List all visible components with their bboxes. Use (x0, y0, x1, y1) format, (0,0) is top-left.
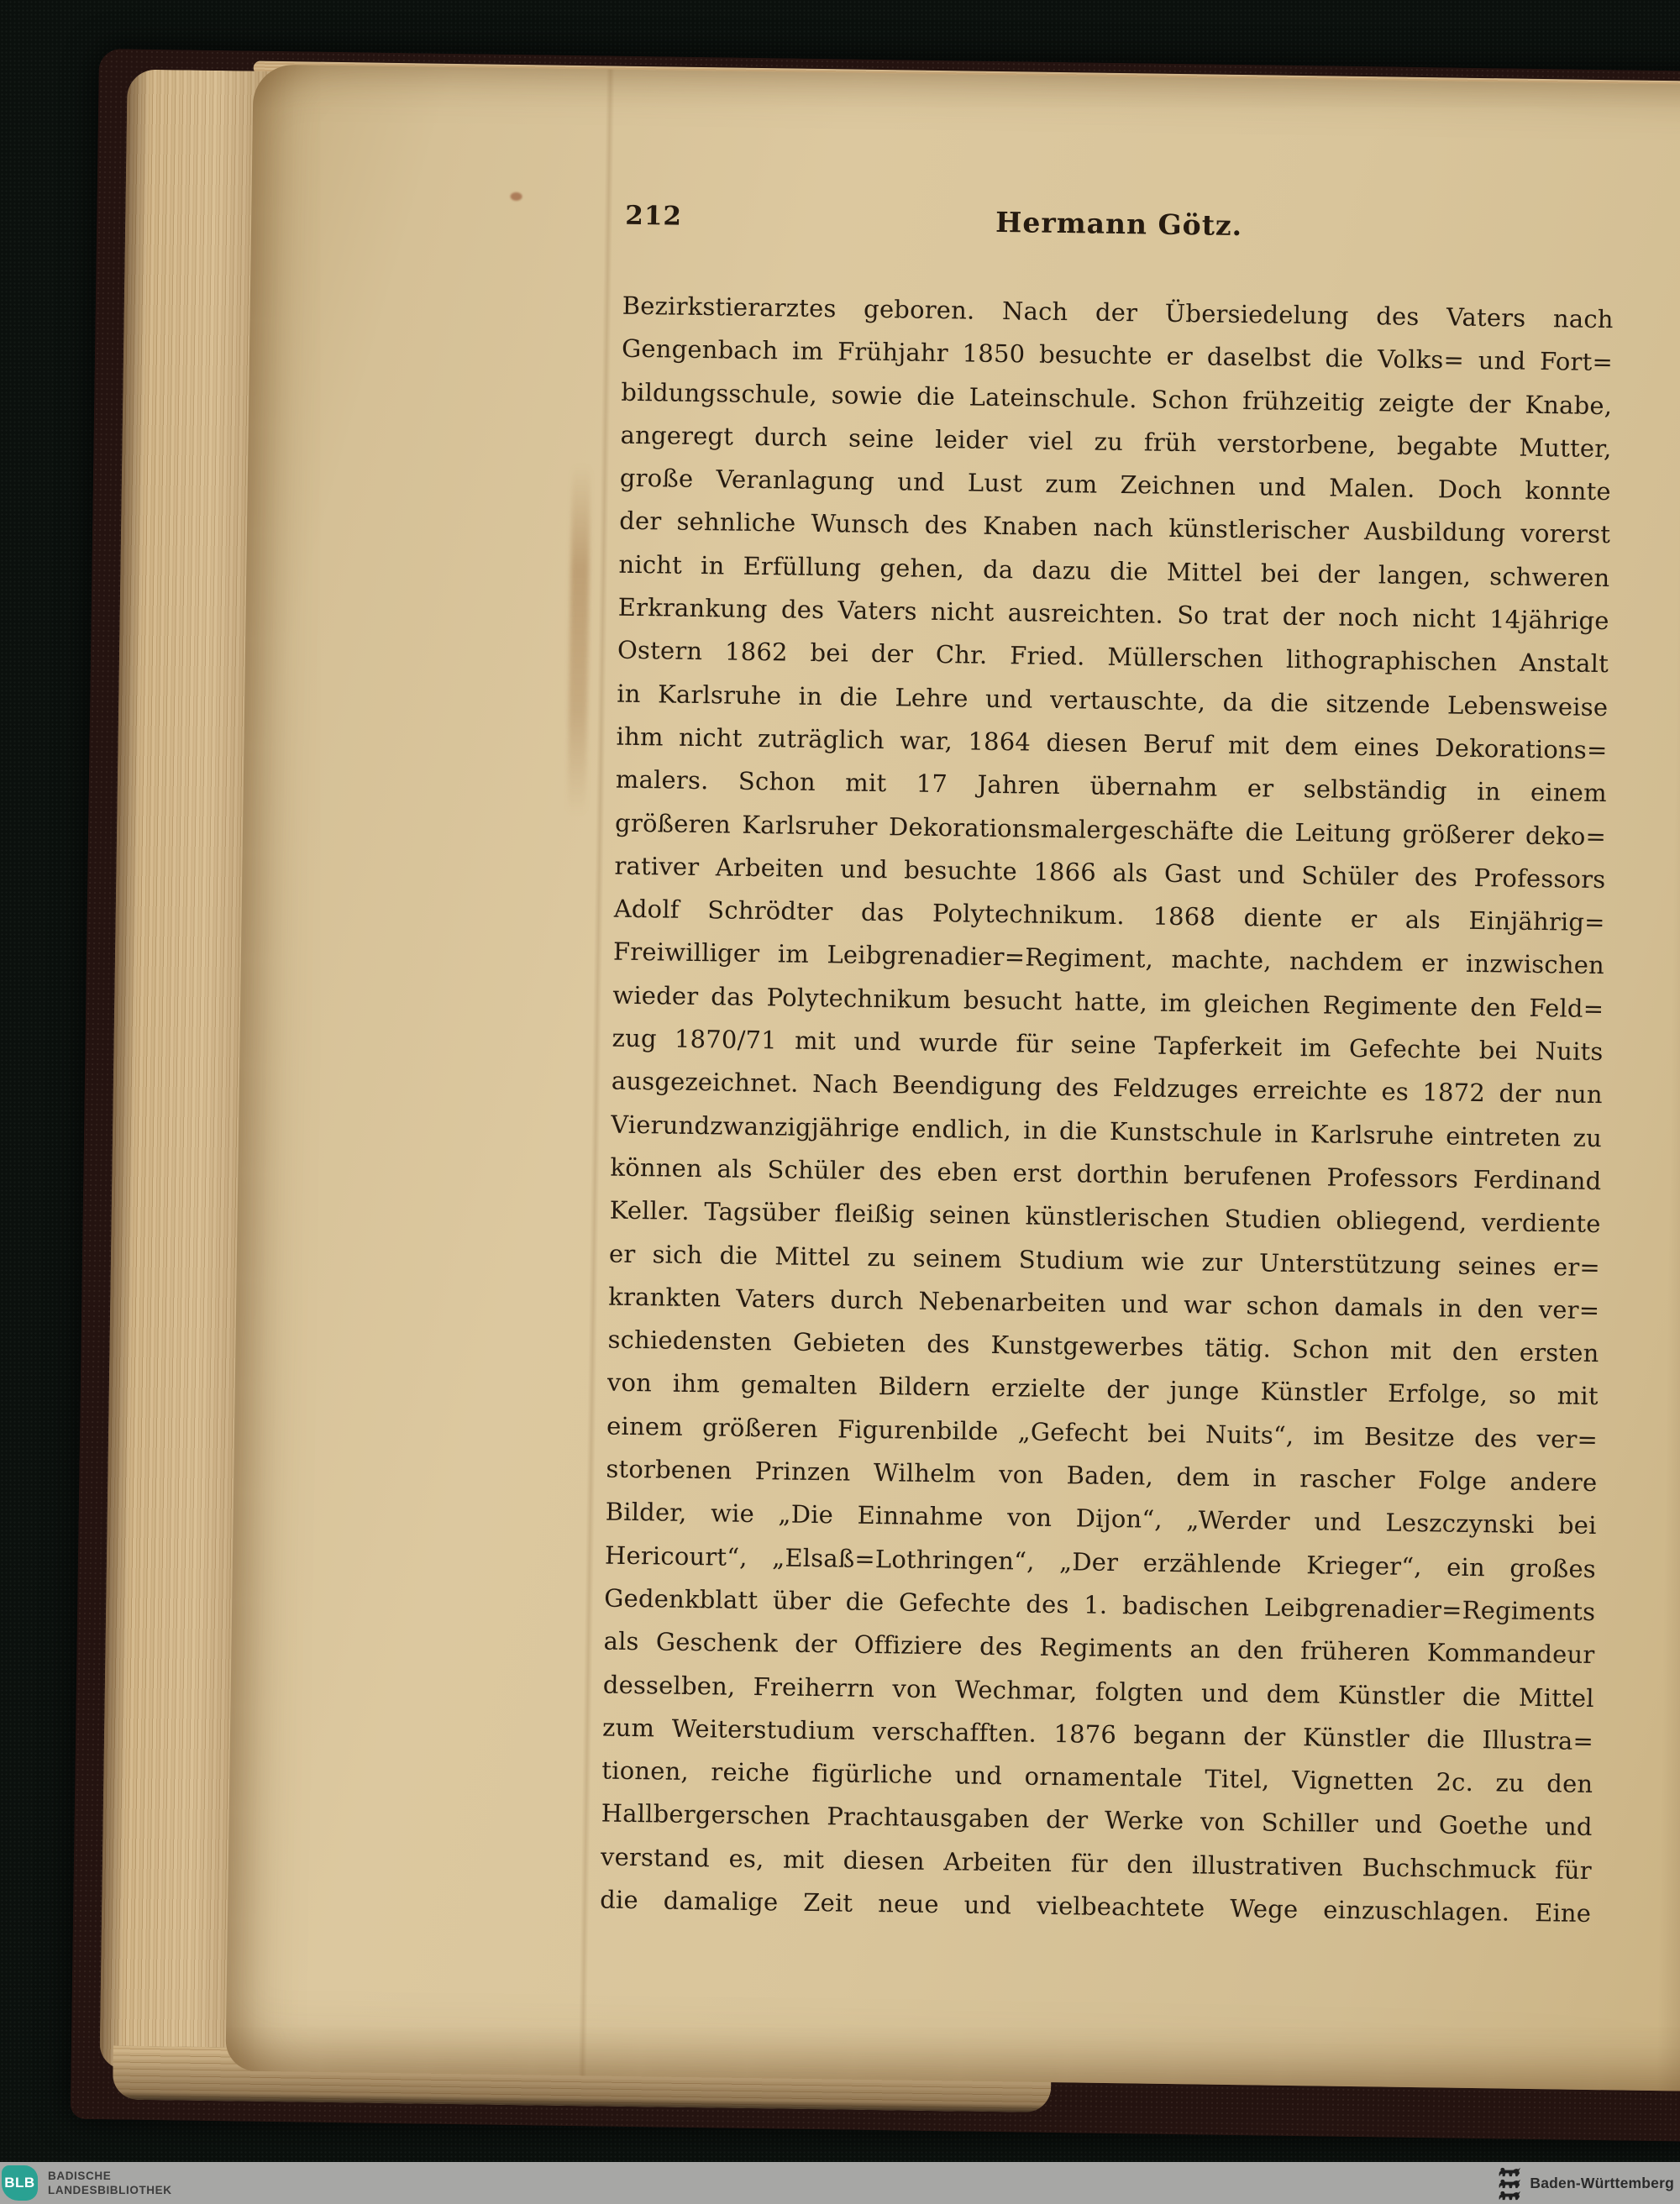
page-sheet: 212 Hermann Götz. Bezirkstierarztes gebo… (225, 65, 1680, 2092)
library-name: BADISCHE LANDESBIBLIOTHEK (48, 2169, 172, 2197)
paper-stain (511, 192, 522, 201)
page-body: Bezirkstierarztes geboren. Nach der Über… (600, 285, 1614, 1936)
page-title: Hermann Götz. (623, 201, 1614, 247)
state-branding: Baden-Württemberg (1498, 2162, 1674, 2204)
blb-logo-icon: BLB (2, 2165, 38, 2201)
book-photo: 212 Hermann Götz. Bezirkstierarztes gebo… (71, 49, 1680, 2142)
library-name-line2: LANDESBIBLIOTHEK (48, 2183, 172, 2197)
coat-of-arms-lions-icon (1498, 2166, 1521, 2201)
state-label: Baden-Württemberg (1530, 2175, 1674, 2192)
paper-stain-streak (567, 464, 591, 816)
viewer-footer-bar: BLB BADISCHE LANDESBIBLIOTHEK Baden-Würt… (0, 2162, 1680, 2204)
book-pages: 212 Hermann Götz. Bezirkstierarztes gebo… (99, 62, 1680, 2120)
book-gutter-shadow (1656, 84, 1680, 2091)
running-head: 212 Hermann Götz. (623, 201, 1615, 255)
library-name-line1: BADISCHE (48, 2169, 172, 2183)
digitized-book-page: { "page": { "number": "212", "header": "… (0, 0, 1680, 2204)
